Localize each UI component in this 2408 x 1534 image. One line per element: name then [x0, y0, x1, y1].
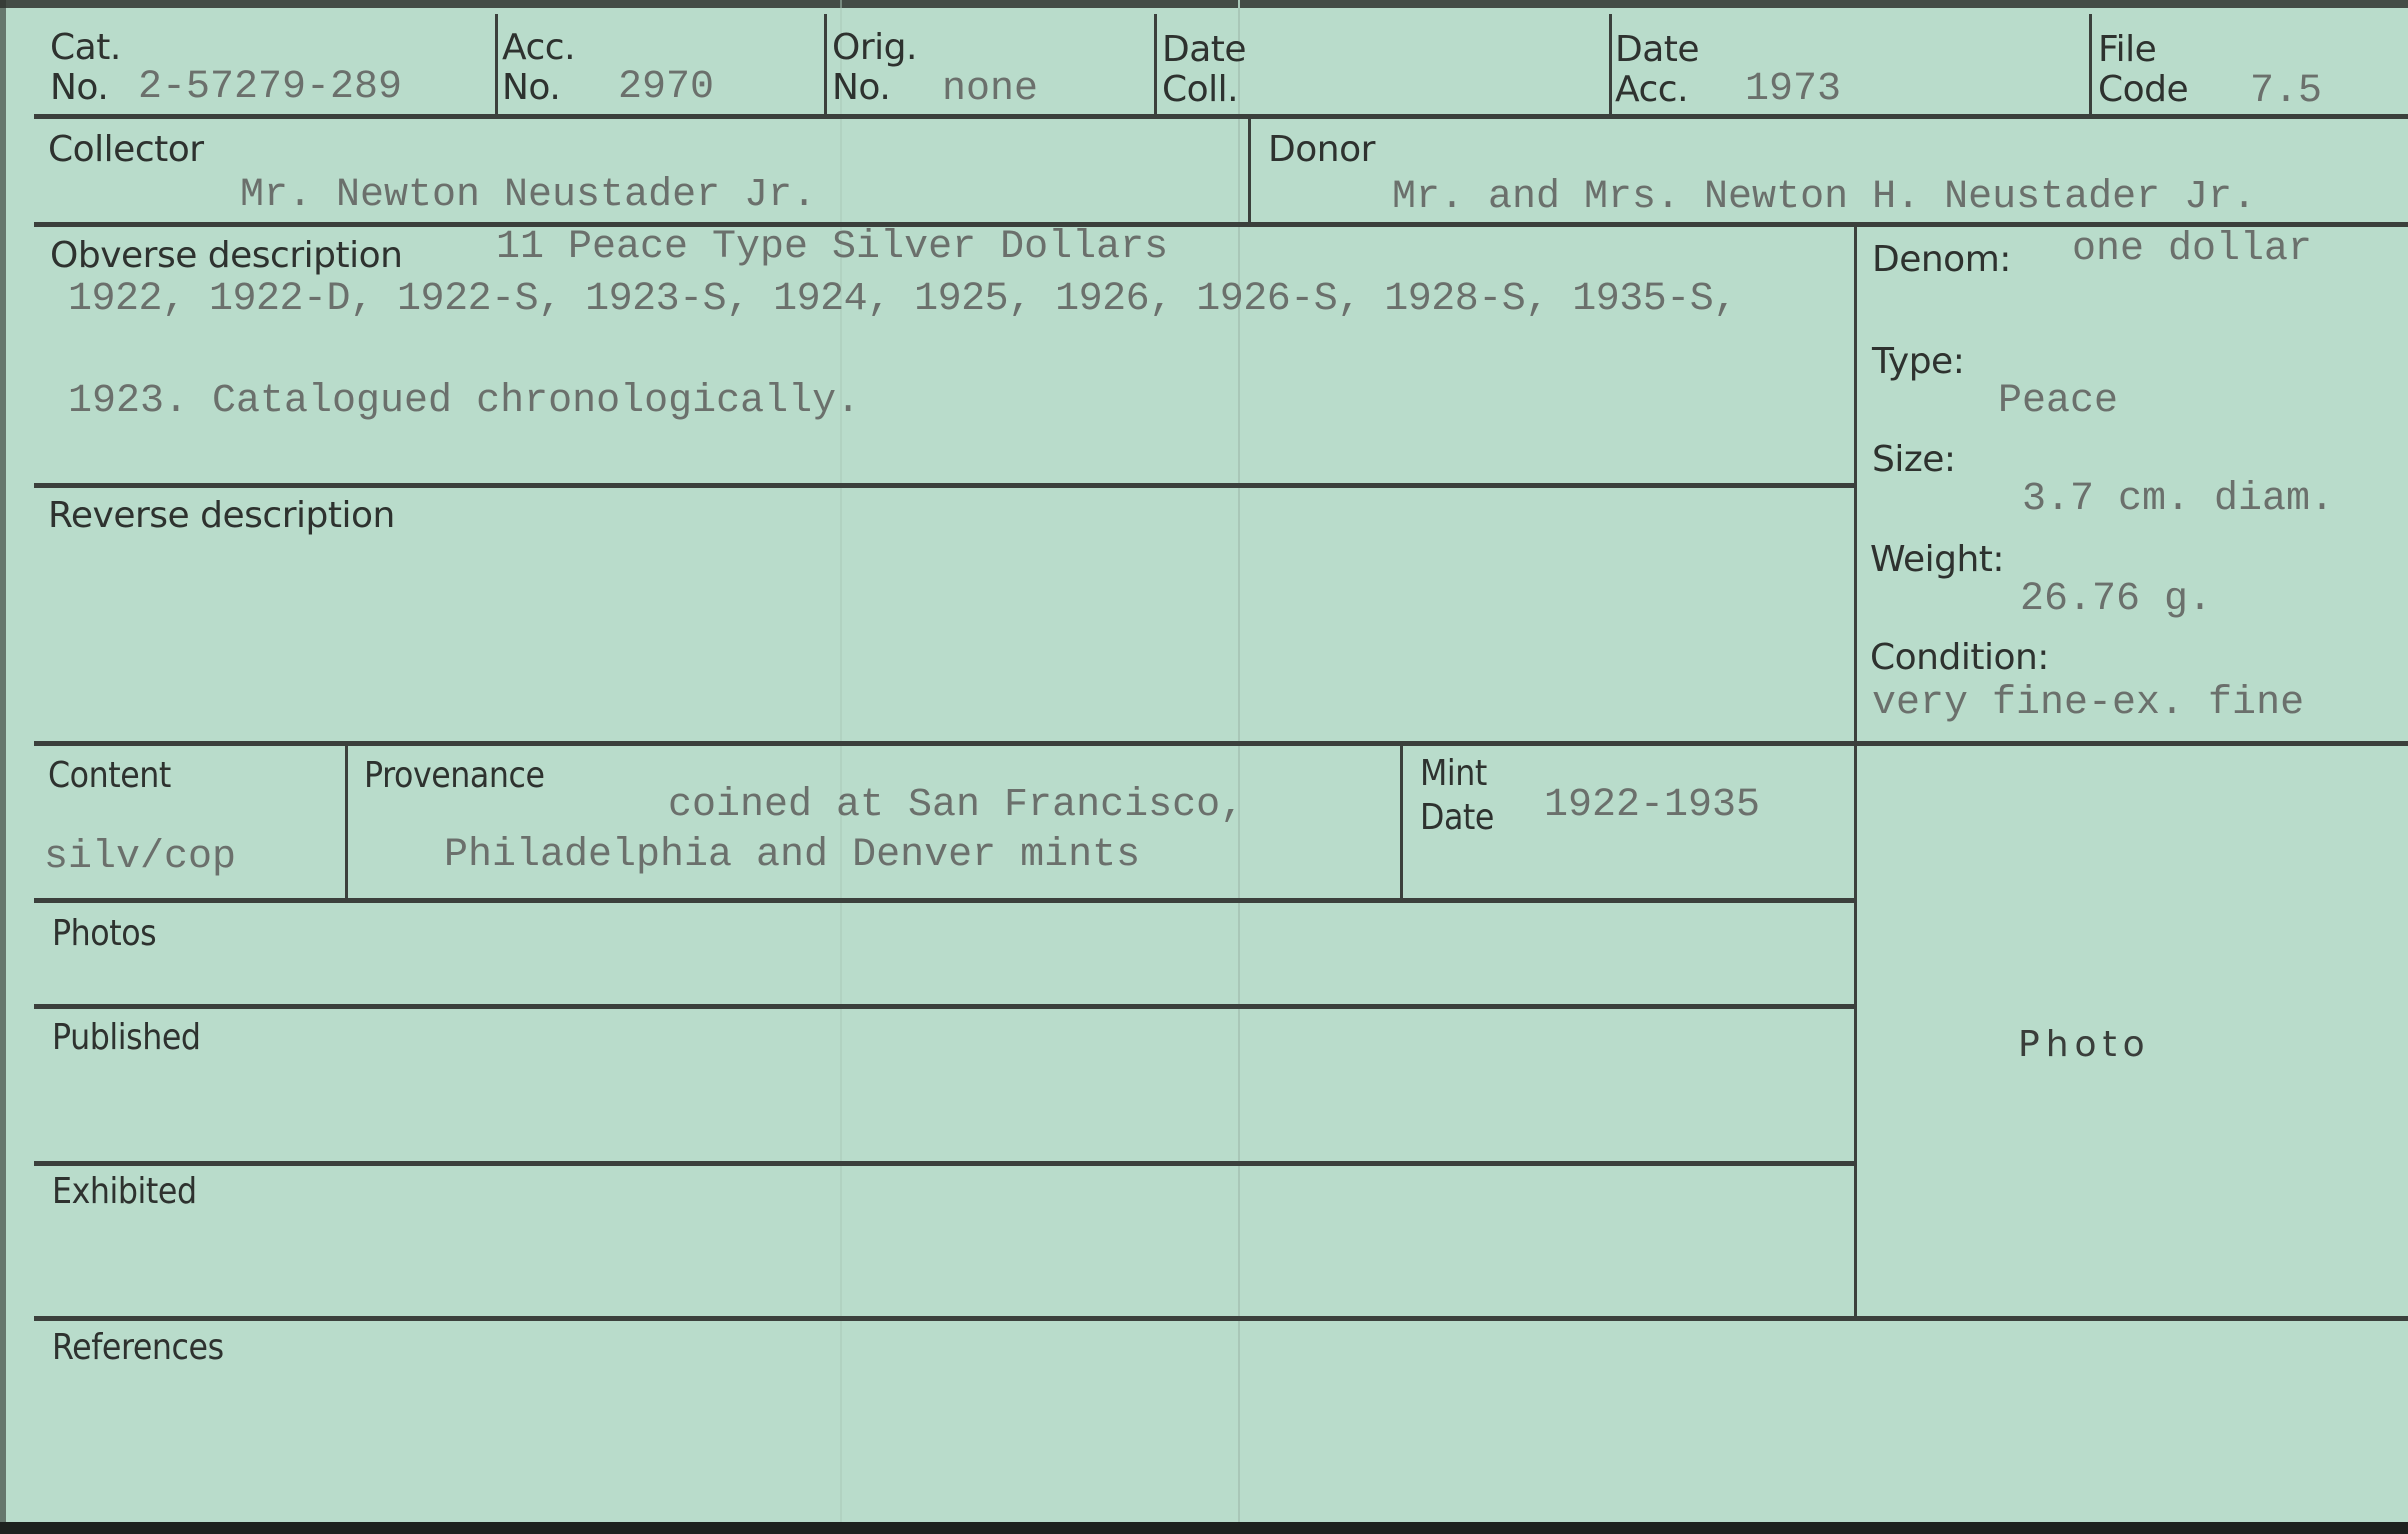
rule-reverse-bottom — [34, 741, 2408, 746]
rule-published-bottom — [34, 1161, 1855, 1166]
obverse-line2: 1923. Catalogued chronologically. — [68, 382, 860, 422]
photos-label: Photos — [52, 916, 156, 952]
size-value: 3.7 cm. diam. — [2022, 480, 2334, 520]
provenance-label: Provenance — [364, 758, 545, 794]
rule-v — [2089, 14, 2092, 116]
date-acc-label: Acc. — [1615, 72, 1688, 108]
rule-collector-bottom — [34, 222, 2408, 227]
weight-value: 26.76 g. — [2020, 580, 2212, 620]
mint-date-label: Date — [1420, 800, 1494, 836]
references-label: References — [52, 1330, 224, 1366]
published-label: Published — [52, 1020, 201, 1056]
rule-v — [1248, 117, 1251, 225]
condition-label: Condition: — [1870, 640, 2049, 676]
date-acc-value: 1973 — [1745, 70, 1841, 110]
acc-no-value: 2970 — [618, 68, 714, 108]
obverse-label: Obverse description — [50, 238, 402, 274]
rule-v — [1400, 744, 1403, 900]
file-code-label: Code — [2098, 72, 2188, 108]
orig-no-label: Orig. — [832, 30, 917, 66]
rule-photos-bottom — [34, 1004, 1855, 1009]
date-coll-label: Coll. — [1162, 72, 1238, 108]
file-code-label: File — [2098, 32, 2156, 68]
exhibited-label: Exhibited — [52, 1174, 197, 1210]
cat-no-label: No. — [50, 70, 108, 106]
weight-label: Weight: — [1870, 542, 2004, 578]
denom-value: one dollar — [2072, 230, 2312, 270]
file-code-value: 7.5 — [2250, 72, 2322, 112]
provenance-line2: Philadelphia and Denver mints — [444, 836, 1140, 876]
cat-no-value: 2-57279-289 — [138, 68, 402, 108]
content-value: silv/cop — [44, 838, 236, 878]
rule-content-bottom — [34, 898, 1855, 903]
orig-no-value: none — [942, 70, 1038, 110]
size-label: Size: — [1872, 442, 1956, 478]
rule-v — [1154, 14, 1157, 116]
provenance-line1: coined at San Francisco, — [668, 786, 1244, 826]
photo-box-label: Photo — [2018, 1024, 2151, 1065]
denom-label: Denom: — [1872, 242, 2011, 278]
rule-v — [824, 14, 827, 116]
catalog-card: Cat. No. 2-57279-289 Acc. No. 2970 Orig.… — [0, 0, 2408, 1522]
rule-exhibited-bottom — [34, 1316, 2408, 1321]
cat-no-label: Cat. — [50, 30, 121, 66]
mint-date-value: 1922-1935 — [1544, 786, 1760, 826]
obverse-title: 11 Peace Type Silver Dollars — [496, 228, 1168, 268]
rule-obverse-bottom — [34, 483, 1855, 488]
type-label: Type: — [1872, 344, 1964, 380]
collector-value: Mr. Newton Neustader Jr. — [240, 176, 816, 216]
condition-value: very fine-ex. fine — [1872, 684, 2304, 724]
donor-label: Donor — [1268, 132, 1375, 168]
orig-no-label: No. — [832, 70, 890, 106]
obverse-line1: 1922, 1922-D, 1922-S, 1923-S, 1924, 1925… — [68, 280, 1737, 320]
reverse-label: Reverse description — [48, 498, 395, 534]
content-label: Content — [48, 758, 171, 794]
collector-label: Collector — [48, 132, 204, 168]
mint-date-label: Mint — [1420, 756, 1487, 792]
rule-v — [1609, 14, 1612, 116]
acc-no-label: No. — [502, 70, 560, 106]
type-value: Peace — [1998, 382, 2118, 422]
date-acc-label: Date — [1615, 32, 1699, 68]
acc-no-label: Acc. — [502, 30, 575, 66]
rule-v-right-column — [1854, 225, 1857, 1319]
rule-v — [495, 14, 498, 116]
date-coll-label: Date — [1162, 32, 1246, 68]
fold-line — [1238, 0, 1240, 1522]
rule-v — [345, 744, 348, 900]
donor-value: Mr. and Mrs. Newton H. Neustader Jr. — [1392, 178, 2256, 218]
rule-header-bottom — [34, 114, 2408, 119]
